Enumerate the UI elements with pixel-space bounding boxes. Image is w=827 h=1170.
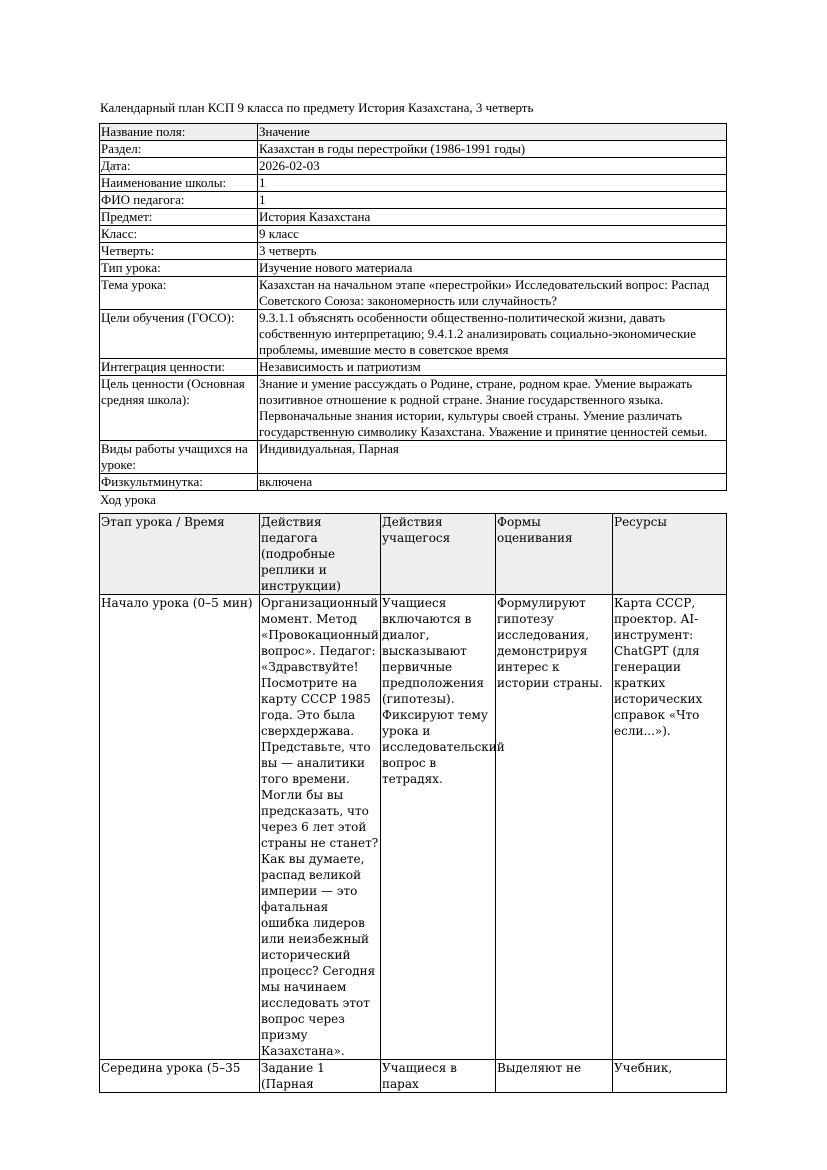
meta-field-label: Дата:	[100, 158, 258, 175]
lesson-row: Середина урока (5–35Задание 1 (ПарнаяУча…	[100, 1060, 727, 1093]
meta-field-label: Класс:	[100, 226, 258, 243]
meta-row: Цели обучения (ГОСО):9.3.1.1 объяснять о…	[100, 310, 727, 359]
column-header-stage: Этап урока / Время	[100, 514, 260, 595]
meta-field-value: История Казахстана	[258, 209, 727, 226]
meta-row: Класс:9 класс	[100, 226, 727, 243]
meta-field-value: 3 четверть	[258, 243, 727, 260]
meta-field-value: Знание и умение рассуждать о Родине, стр…	[258, 376, 727, 441]
column-header-resources: Ресурсы	[613, 514, 727, 595]
cell-teacher-actions: Задание 1 (Парная	[260, 1060, 381, 1093]
meta-field-value: 1	[258, 192, 727, 209]
meta-field-label: Физкультминутка:	[100, 474, 258, 491]
meta-field-value: 1	[258, 175, 727, 192]
meta-field-label: Интеграция ценности:	[100, 359, 258, 376]
meta-row: Виды работы учащихся на уроке:Индивидуал…	[100, 441, 727, 474]
meta-field-label: Предмет:	[100, 209, 258, 226]
meta-field-value: Казахстан в годы перестройки (1986-1991 …	[258, 141, 727, 158]
meta-field-value: Казахстан на начальном этапе «перестройк…	[258, 277, 727, 310]
meta-header-field: Название поля:	[100, 124, 258, 141]
meta-field-label: Четверть:	[100, 243, 258, 260]
meta-row: Предмет:История Казахстана	[100, 209, 727, 226]
meta-field-label: ФИО педагога:	[100, 192, 258, 209]
meta-row: Наименование школы:1	[100, 175, 727, 192]
meta-field-value: Изучение нового материала	[258, 260, 727, 277]
meta-field-value: включена	[258, 474, 727, 491]
lesson-flow-table: Этап урока / Время Действия педагога (по…	[99, 513, 727, 1093]
meta-row: Физкультминутка:включена	[100, 474, 727, 491]
lesson-section-title: Ход урока	[100, 492, 727, 508]
column-header-assessment: Формы оценивания	[496, 514, 613, 595]
cell-student-actions: Учащиеся в парах	[381, 1060, 496, 1093]
meta-row: Тип урока:Изучение нового материала	[100, 260, 727, 277]
column-header-students: Действия учащегося	[381, 514, 496, 595]
cell-student-actions: Учащиеся включаются в диалог, высказываю…	[381, 595, 496, 1060]
meta-field-label: Цели обучения (ГОСО):	[100, 310, 258, 359]
meta-field-label: Тема урока:	[100, 277, 258, 310]
cell-resources: Карта СССР, проектор. AI-инструмент: Cha…	[613, 595, 727, 1060]
meta-field-value: 9.3.1.1 объяснять особенности общественн…	[258, 310, 727, 359]
meta-field-label: Виды работы учащихся на уроке:	[100, 441, 258, 474]
cell-stage: Начало урока (0–5 мин)	[100, 595, 260, 1060]
meta-row: Четверть:3 четверть	[100, 243, 727, 260]
cell-assessment: Выделяют не	[496, 1060, 613, 1093]
meta-header-value: Значение	[258, 124, 727, 141]
lesson-table-header: Этап урока / Время Действия педагога (по…	[100, 514, 727, 595]
lesson-row: Начало урока (0–5 мин)Организационный мо…	[100, 595, 727, 1060]
document-page: Календарный план КСП 9 класса по предмет…	[99, 100, 727, 1093]
meta-row: Тема урока:Казахстан на начальном этапе …	[100, 277, 727, 310]
column-header-teacher: Действия педагога (подробные реплики и и…	[260, 514, 381, 595]
meta-row: Дата:2026-02-03	[100, 158, 727, 175]
meta-field-value: Индивидуальная, Парная	[258, 441, 727, 474]
document-title: Календарный план КСП 9 класса по предмет…	[100, 100, 727, 116]
meta-field-label: Раздел:	[100, 141, 258, 158]
meta-field-value: Независимость и патриотизм	[258, 359, 727, 376]
meta-field-label: Тип урока:	[100, 260, 258, 277]
meta-field-label: Цель ценности (Основная средняя школа):	[100, 376, 258, 441]
meta-row: Раздел:Казахстан в годы перестройки (198…	[100, 141, 727, 158]
cell-teacher-actions: Организационный момент. Метод «Провокаци…	[260, 595, 381, 1060]
meta-field-value: 9 класс	[258, 226, 727, 243]
meta-table-header: Название поля: Значение	[100, 124, 727, 141]
cell-assessment: Формулируют гипотезу исследования, демон…	[496, 595, 613, 1060]
meta-row: Интеграция ценности:Независимость и патр…	[100, 359, 727, 376]
cell-stage: Середина урока (5–35	[100, 1060, 260, 1093]
lesson-meta-table: Название поля: Значение Раздел:Казахстан…	[99, 123, 727, 491]
cell-resources: Учебник,	[613, 1060, 727, 1093]
meta-field-value: 2026-02-03	[258, 158, 727, 175]
meta-field-label: Наименование школы:	[100, 175, 258, 192]
meta-row: ФИО педагога:1	[100, 192, 727, 209]
meta-row: Цель ценности (Основная средняя школа):З…	[100, 376, 727, 441]
